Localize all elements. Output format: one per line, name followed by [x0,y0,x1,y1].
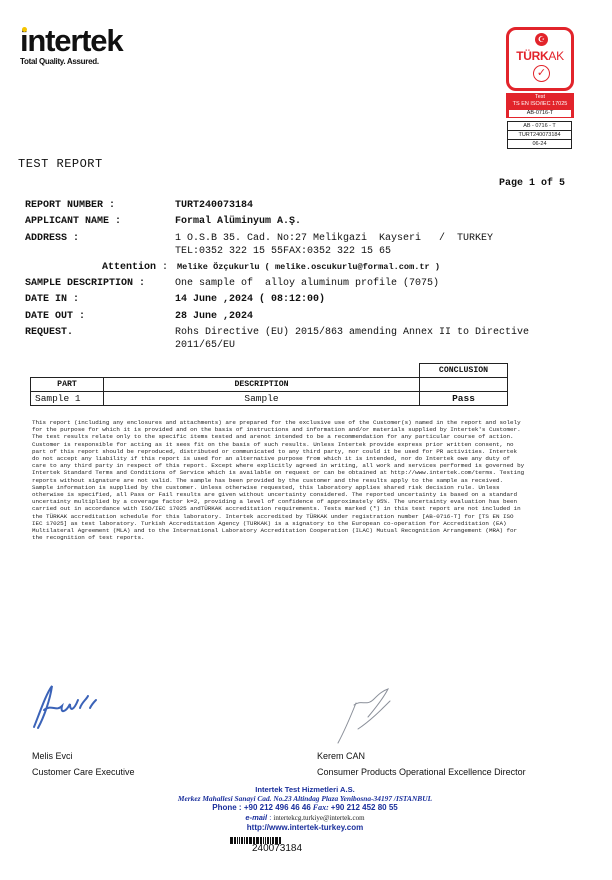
field-label: REPORT NUMBER : [25,199,175,212]
field-attention: Attention : Melike Özçukurlu ( melike.os… [25,261,585,274]
footer: Intertek Test Hizmetleri A.S. Merkez Mah… [140,785,470,833]
attention-value: Melike Özçukurlu ( melike.oscukurlu@form… [175,261,585,274]
field-applicant-name: APPLICANT NAME : Formal Alüminyum A.Ş. [25,215,585,228]
field-date-in: DATE IN : 14 June ,2024 ( 08:12:00) [25,293,585,306]
turkak-name-a: TÜRK [516,49,548,63]
header-description: DESCRIPTION [104,378,420,392]
signatory-left: Melis Evci Customer Care Executive [32,751,135,777]
barcode-bar [241,837,243,844]
intertek-logo: intertek Total Quality. Assured. [20,26,122,66]
attention-colon: : [156,261,175,274]
header-conclusion: CONCLUSION [420,364,508,378]
barcode-bar [234,837,236,844]
blank-cell [104,364,420,378]
turkak-logo: ☪ TÜRKAK ✓ [506,27,574,91]
crescent-star-icon: ☪ [535,33,548,46]
cell-part: Sample 1 [31,392,104,406]
field-request: REQUEST. Rohs Directive (EU) 2015/863 am… [25,326,585,352]
report-number-value: TURT240073184 [175,199,585,212]
footer-phone-fax: Phone : +90 212 496 46 46 Fax: +90 212 4… [140,803,470,813]
field-label: Attention [25,261,156,274]
results-table: CONCLUSION PART DESCRIPTION Sample 1 Sam… [30,363,508,406]
turkak-scope-band: Test TS EN ISO/IEC 17025 AB-0716-T [506,93,574,118]
field-label: SAMPLE DESCRIPTION : [25,277,175,290]
signatory-right: Kerem CAN Consumer Products Operational … [317,751,526,777]
table-row: Sample 1 Sample Pass [31,392,508,406]
barcode-bar [237,837,238,844]
disclaimer-text: This report (including any enclosures an… [32,419,587,541]
field-address: ADDRESS : 1 O.S.B 35. Cad. No:27 Melikga… [25,232,585,258]
footer-company: Intertek Test Hizmetleri A.S. [140,785,470,794]
header-conclusion-blank [420,378,508,392]
address-value: 1 O.S.B 35. Cad. No:27 Melikgazi Kayseri… [175,232,585,258]
footer-address: Merkez Mahallesi Sanayi Cad. No.23 Altin… [140,794,470,803]
logo-tagline: Total Quality. Assured. [20,57,122,66]
accreditation-date: 06-24 [508,140,572,149]
logo-wordmark: intertek [20,26,122,56]
accreditation-number: AB - 0716 - T [508,122,572,131]
applicant-name-value: Formal Alüminyum A.Ş. [175,215,585,228]
badge-code: AB-0716-T [508,109,572,118]
date-out-value: 28 June ,2024 [175,310,585,323]
field-sample-description: SAMPLE DESCRIPTION : One sample of alloy… [25,277,585,290]
signatory-name: Melis Evci [32,751,135,761]
accreditation-info-table: AB - 0716 - T TURT240073184 06-24 [507,121,572,149]
page-indicator: Page 1 of 5 [499,178,565,189]
badge-line-test: Test [506,94,574,101]
request-value: Rohs Directive (EU) 2015/863 amending An… [175,326,585,352]
footer-email: e-mail : intertekcg.turkiye@intertek.com [140,813,470,823]
field-report-number: REPORT NUMBER : TURT240073184 [25,199,585,212]
logo-dot-icon [22,27,27,32]
barcode-bar [230,837,233,844]
signatory-title: Consumer Products Operational Excellence… [317,767,526,777]
blank-cell [31,364,104,378]
date-in-value: 14 June ,2024 ( 08:12:00) [175,293,585,306]
attention-label: Attention [102,262,156,273]
barcode-bar [244,837,245,844]
logo-text: intertek [20,23,122,58]
field-label: ADDRESS : [25,232,175,258]
phone-number: +90 212 496 46 46 [244,803,311,812]
signatory-name: Kerem CAN [317,751,526,761]
accreditation-report-number: TURT240073184 [508,131,572,140]
signatory-title: Customer Care Executive [32,767,135,777]
turkak-name: TÜRKAK [509,49,571,63]
barcode-number: 240073184 [252,843,302,854]
field-label: REQUEST. [25,326,175,352]
document-title: TEST REPORT [18,157,103,171]
field-label: DATE IN : [25,293,175,306]
sample-description-value: One sample of alloy aluminum profile (70… [175,277,585,290]
field-label: DATE OUT : [25,310,175,323]
turkak-name-b: AK [548,49,563,63]
email-label: e-mail [245,813,267,822]
fax-number: +90 212 452 80 55 [331,803,398,812]
signature-melis-evci [30,682,110,732]
phone-label: Phone : [212,803,244,812]
signature-kerem-can [318,683,398,748]
report-fields: REPORT NUMBER : TURT240073184 APPLICANT … [25,199,585,355]
email-link[interactable]: intertekcg.turkiye@intertek.com [273,814,364,822]
header-part: PART [31,378,104,392]
fax-label: Fax: [311,803,331,812]
cell-description: Sample [104,392,420,406]
barcode-bar [246,837,248,844]
badge-line-standard: TS EN ISO/IEC 17025 [506,101,574,108]
website-link[interactable]: http://www.intertek-turkey.com [140,823,470,833]
field-date-out: DATE OUT : 28 June ,2024 [25,310,585,323]
checkmark-icon: ✓ [533,65,550,82]
turkak-accreditation-badge: ☪ TÜRKAK ✓ Test TS EN ISO/IEC 17025 AB-0… [506,27,574,118]
field-label: APPLICANT NAME : [25,215,175,228]
barcode-bar [239,837,240,844]
cell-conclusion: Pass [420,392,508,406]
